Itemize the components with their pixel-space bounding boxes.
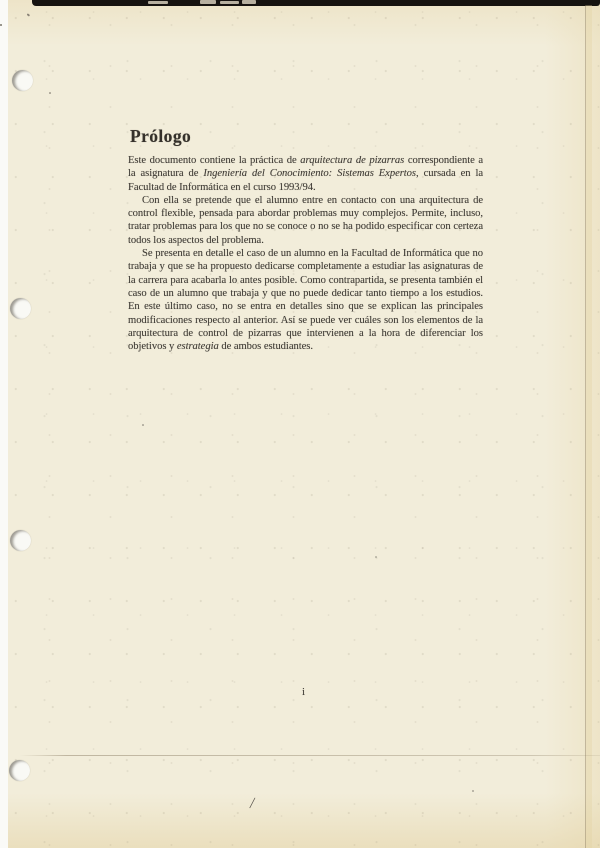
paragraph-3: Se presenta en detalle el caso de un alu… bbox=[128, 247, 483, 353]
punch-hole bbox=[12, 70, 33, 91]
scan-speck bbox=[375, 556, 377, 558]
paragraph-1: Este documento contiene la práctica de a… bbox=[128, 154, 483, 194]
punch-hole bbox=[10, 530, 31, 551]
scan-top-edge-bar bbox=[32, 0, 600, 6]
paragraph-2: Con ella se pretende que el alumno entre… bbox=[128, 194, 483, 247]
scanned-document: Prólogo Este documento contiene la práct… bbox=[0, 0, 600, 848]
italic-term: arquitectura de pizarras bbox=[300, 155, 404, 166]
page-number: i bbox=[302, 686, 305, 698]
scan-speck bbox=[49, 92, 51, 94]
punch-hole bbox=[9, 760, 30, 781]
page-content: Prólogo Este documento contiene la práct… bbox=[128, 126, 483, 353]
page-right-margin-shade bbox=[586, 5, 592, 848]
cutoff-text-fragment bbox=[200, 0, 216, 4]
page-right-edge-line bbox=[585, 5, 586, 848]
scan-speck bbox=[0, 24, 2, 26]
cutoff-text-fragment bbox=[148, 1, 168, 4]
text-run: Este documento contiene la práctica de bbox=[128, 155, 300, 166]
paper-sheet: Prólogo Este documento contiene la práct… bbox=[8, 0, 600, 848]
text-run: Se presenta en detalle el caso de un alu… bbox=[128, 248, 483, 352]
fold-crease-line bbox=[20, 755, 600, 756]
text-run: de ambos estudiantes. bbox=[219, 341, 313, 352]
cutoff-text-fragment bbox=[242, 0, 256, 4]
scan-speck bbox=[472, 790, 474, 792]
scan-speck bbox=[142, 424, 144, 426]
cutoff-text-fragment bbox=[220, 1, 239, 4]
punch-hole bbox=[10, 298, 31, 319]
text-run: Con ella se pretende que el alumno entre… bbox=[128, 195, 483, 246]
page-title: Prólogo bbox=[130, 126, 483, 146]
italic-term: Ingeniería del Conocimiento: Sistemas Ex… bbox=[203, 168, 416, 179]
italic-term: estrategia bbox=[177, 341, 219, 352]
